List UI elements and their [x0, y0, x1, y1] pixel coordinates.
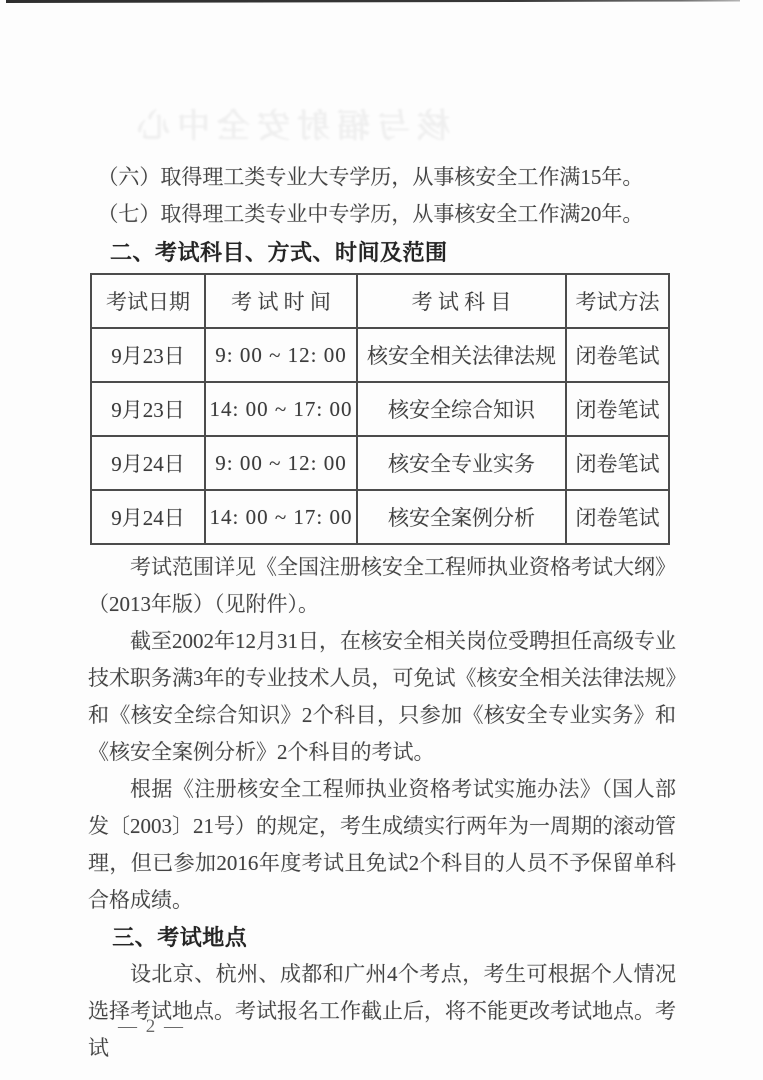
header-exam-method: 考试方法 [566, 274, 669, 328]
exam-subject-cell: 核安全相关法律法规 [357, 328, 566, 382]
page-number: — 2 — [118, 1016, 185, 1038]
exam-method-cell: 闭卷笔试 [566, 328, 669, 382]
exam-schedule-table: 考试日期 考 试 时 间 考 试 科 目 考试方法 9月23日 9: 00 ~ … [90, 273, 670, 545]
paragraph-exemption-rule: 截至2002年12月31日，在核安全相关岗位受聘担任高级专业技术职务满3年的专业… [88, 623, 676, 771]
exam-time-cell: 14: 00 ~ 17: 00 [205, 490, 357, 544]
exam-subject-cell: 核安全综合知识 [357, 382, 566, 436]
paragraph-score-management: 根据《注册核安全工程师执业资格考试实施办法》（国人部发〔2003〕21号）的规定… [88, 771, 676, 919]
exam-date-cell: 9月24日 [91, 490, 205, 544]
eligibility-item-6: （六）取得理工类专业大专学历，从事核安全工作满15年。 [88, 159, 676, 196]
exam-time-cell: 14: 00 ~ 17: 00 [205, 382, 357, 436]
document-body: （六）取得理工类专业大专学历，从事核安全工作满15年。 （七）取得理工类专业中专… [0, 0, 763, 1067]
header-exam-time: 考 试 时 间 [205, 274, 357, 328]
exam-time-cell: 9: 00 ~ 12: 00 [205, 436, 357, 490]
table-row: 9月24日 14: 00 ~ 17: 00 核安全案例分析 闭卷笔试 [91, 490, 669, 544]
exam-date-cell: 9月23日 [91, 328, 205, 382]
scanned-document-page: 核与辐射安全中心 （六）取得理工类专业大专学历，从事核安全工作满15年。 （七）… [0, 0, 763, 1080]
table-row: 9月24日 9: 00 ~ 12: 00 核安全专业实务 闭卷笔试 [91, 436, 669, 490]
exam-method-cell: 闭卷笔试 [566, 382, 669, 436]
table-header-row: 考试日期 考 试 时 间 考 试 科 目 考试方法 [91, 274, 669, 328]
eligibility-item-7: （七）取得理工类专业中专学历，从事核安全工作满20年。 [88, 196, 676, 233]
exam-date-cell: 9月24日 [91, 436, 205, 490]
section-heading-exam-subjects: 二、考试科目、方式、时间及范围 [88, 235, 676, 271]
header-exam-date: 考试日期 [91, 274, 205, 328]
table-row: 9月23日 14: 00 ~ 17: 00 核安全综合知识 闭卷笔试 [91, 382, 669, 436]
exam-subject-cell: 核安全专业实务 [357, 436, 566, 490]
exam-subject-cell: 核安全案例分析 [357, 490, 566, 544]
exam-time-cell: 9: 00 ~ 12: 00 [205, 328, 357, 382]
table-row: 9月23日 9: 00 ~ 12: 00 核安全相关法律法规 闭卷笔试 [91, 328, 669, 382]
header-exam-subject: 考 试 科 目 [357, 274, 566, 328]
exam-method-cell: 闭卷笔试 [566, 436, 669, 490]
exam-date-cell: 9月23日 [91, 382, 205, 436]
paragraph-exam-locations: 设北京、杭州、成都和广州4个考点，考生可根据个人情况选择考试地点。考试报名工作截… [88, 956, 676, 1067]
exam-method-cell: 闭卷笔试 [566, 490, 669, 544]
section-heading-exam-locations: 三、考试地点 [88, 920, 676, 956]
paragraph-exam-scope: 考试范围详见《全国注册核安全工程师执业资格考试大纲》（2013年版）（见附件）。 [88, 549, 676, 623]
